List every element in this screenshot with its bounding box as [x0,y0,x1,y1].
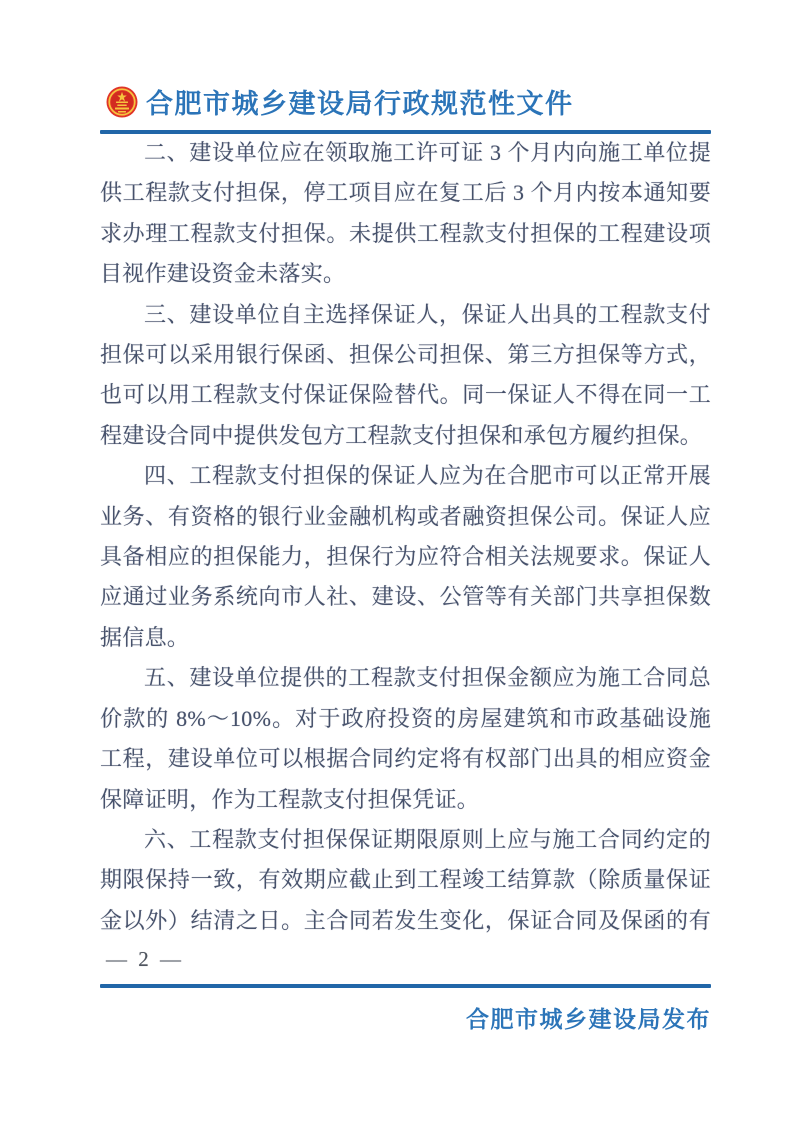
page-number: — 2 — [106,947,184,972]
document-title: 合肥市城乡建设局行政规范性文件 [146,82,574,121]
publisher-line: 合肥市城乡建设局发布 [100,1001,711,1034]
paragraph-3: 三、建设单位自主选择保证人，保证人出具的工程款支付担保可以采用银行保函、担保公司… [100,295,711,457]
national-emblem-icon [106,86,138,118]
document-header: 合肥市城乡建设局行政规范性文件 [106,82,574,121]
document-body: 二、建设单位应在领取施工许可证 3 个月内向施工单位提供工程款支付担保，停工项目… [100,133,711,945]
paragraph-5: 五、建设单位提供的工程款支付担保金额应为施工合同总价款的 8%～10%。对于政府… [100,658,711,820]
paragraph-6: 六、工程款支付担保保证期限原则上应与施工合同约定的期限保持一致，有效期应截止到工… [100,820,711,945]
document-page: 合肥市城乡建设局行政规范性文件 二、建设单位应在领取施工许可证 3 个月内向施工… [0,0,800,1132]
paragraph-4: 四、工程款支付担保的保证人应为在合肥市可以正常开展业务、有资格的银行业金融机构或… [100,456,711,658]
paragraph-2: 二、建设单位应在领取施工许可证 3 个月内向施工单位提供工程款支付担保，停工项目… [100,133,711,295]
footer-divider-rule [100,984,711,988]
